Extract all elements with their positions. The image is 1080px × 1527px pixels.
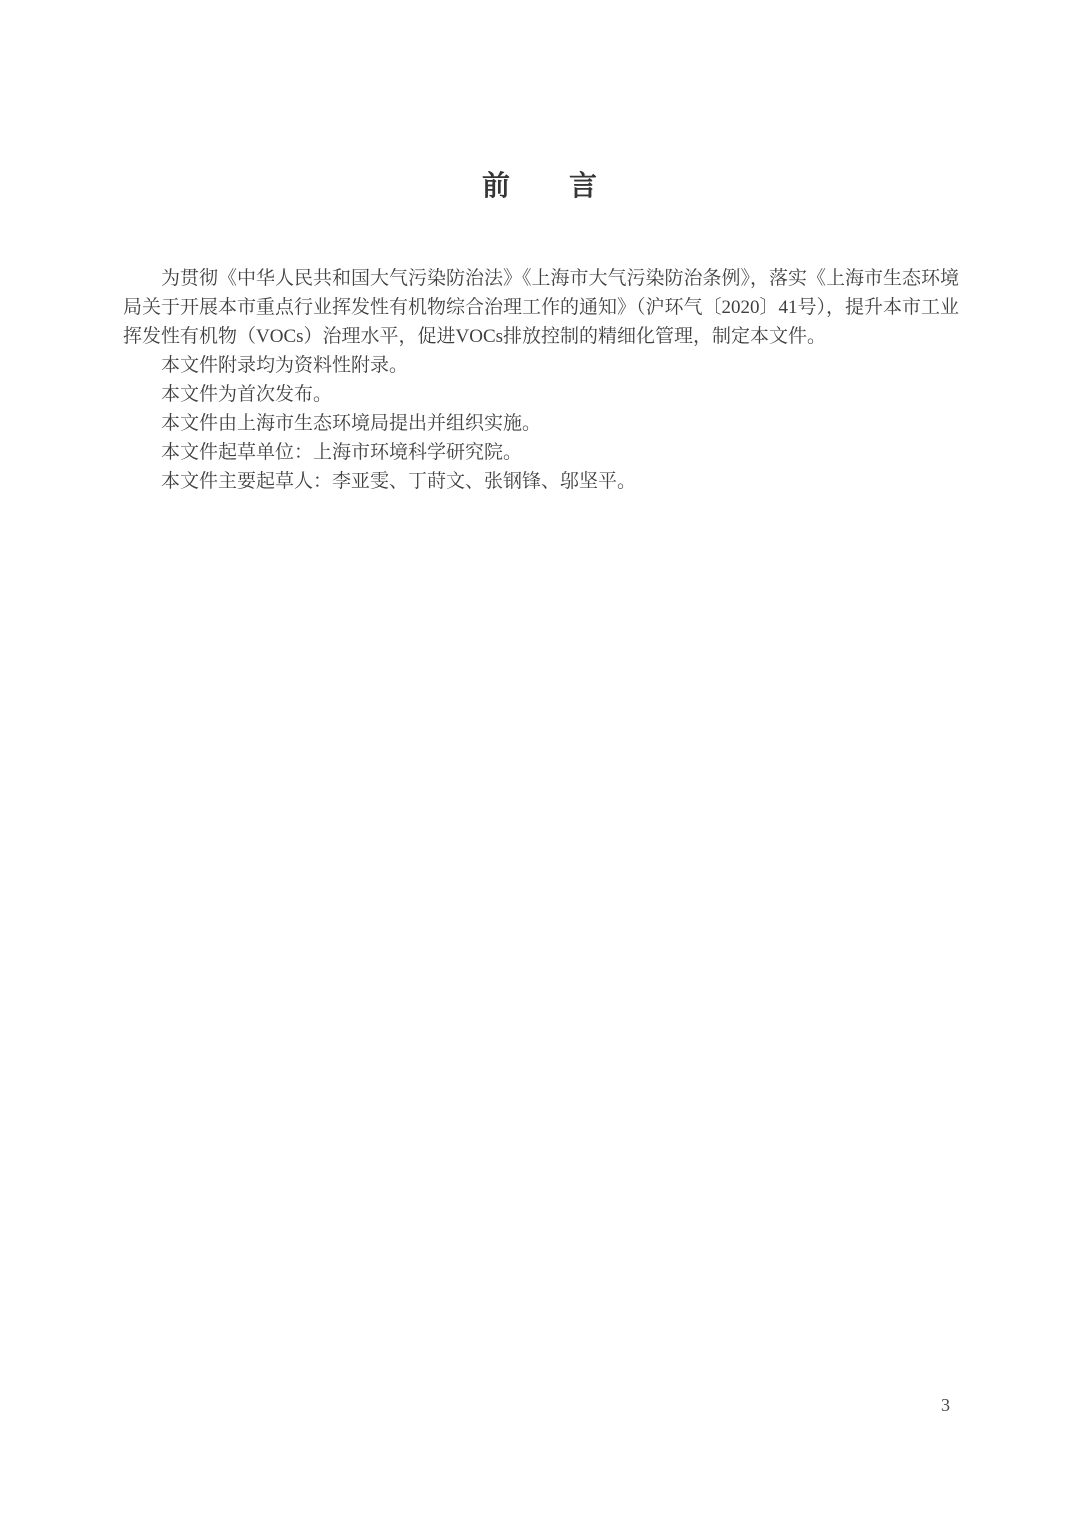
- intro-paragraph-line-3: 挥发性有机物（VOCs）治理水平，促进VOCs排放控制的精细化管理，制定本文件。: [123, 322, 989, 351]
- document-body: 为贯彻《中华人民共和国大气污染防治法》《上海市大气污染防治条例》，落实《上海市生…: [123, 264, 989, 496]
- statement-first-release: 本文件为首次发布。: [123, 380, 989, 409]
- statement-main-drafters: 本文件主要起草人：李亚雯、丁莳文、张钢锋、邬坚平。: [123, 467, 989, 496]
- intro-paragraph-line-2: 局关于开展本市重点行业挥发性有机物综合治理工作的通知》（沪环气〔2020〕41号…: [123, 293, 989, 322]
- page-title: 前 言: [0, 168, 1080, 206]
- statement-proposed-by: 本文件由上海市生态环境局提出并组织实施。: [123, 409, 989, 438]
- intro-paragraph-line-1: 为贯彻《中华人民共和国大气污染防治法》《上海市大气污染防治条例》，落实《上海市生…: [123, 264, 989, 293]
- statement-drafting-organization: 本文件起草单位：上海市环境科学研究院。: [123, 438, 989, 467]
- document-page: 前 言 为贯彻《中华人民共和国大气污染防治法》《上海市大气污染防治条例》，落实《…: [0, 0, 1080, 1527]
- page-number: 3: [941, 1393, 950, 1417]
- statement-appendix-informative: 本文件附录均为资料性附录。: [123, 351, 989, 380]
